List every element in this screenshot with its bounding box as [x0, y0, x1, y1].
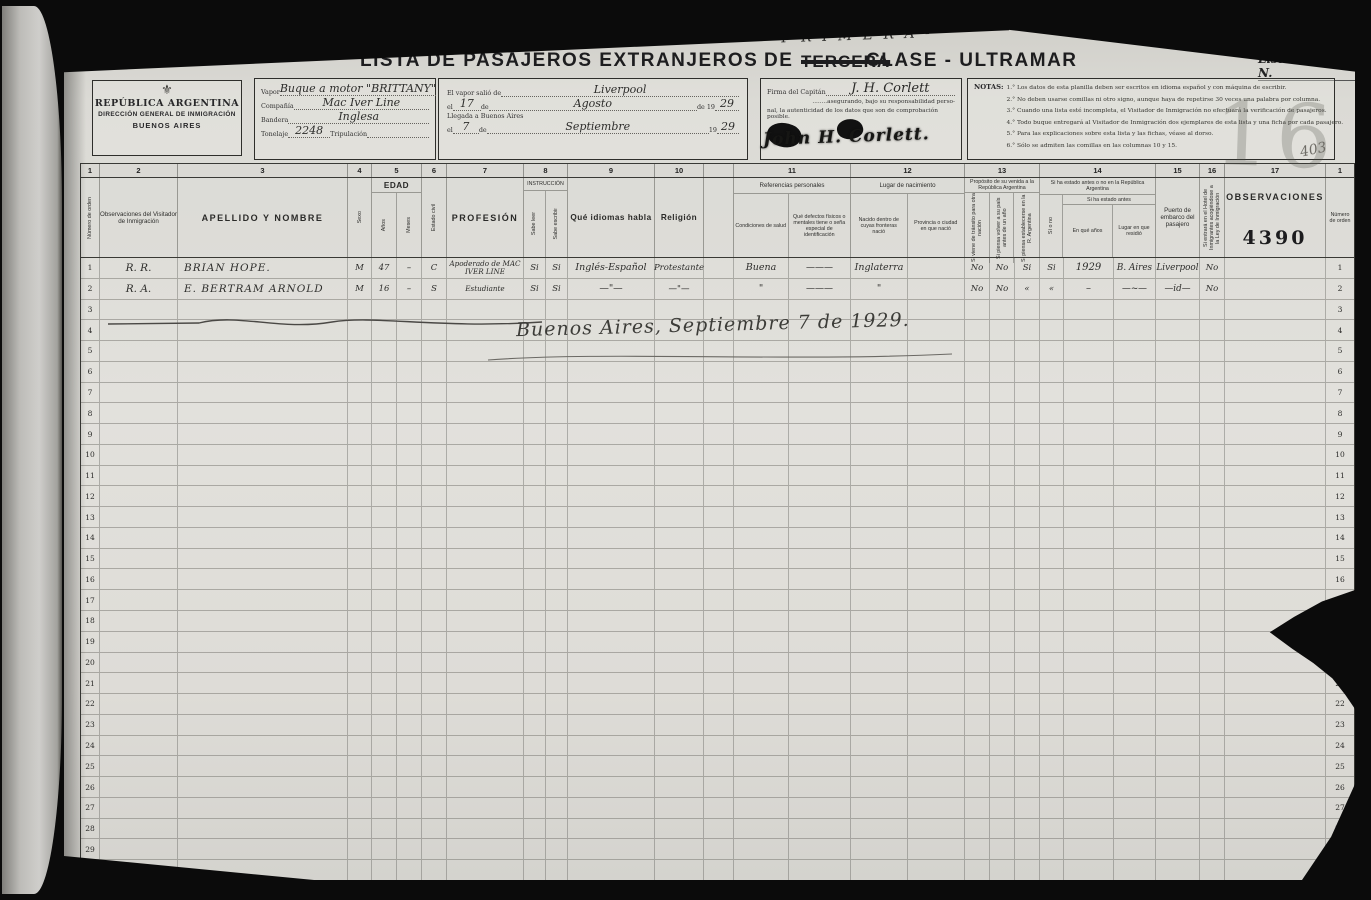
- cell-sex: [348, 839, 372, 859]
- row-number: 29: [81, 839, 100, 859]
- row-number: 10: [1326, 445, 1354, 465]
- cell-meses: [397, 590, 422, 610]
- cell-gap: [704, 694, 734, 714]
- cell-salud: [734, 590, 789, 610]
- cell-hotel: [1200, 819, 1225, 839]
- row-number: 21: [81, 673, 100, 693]
- argentina-crest-icon: ⚜: [93, 83, 241, 96]
- cell-estado: [422, 486, 447, 506]
- cell-gap: [704, 445, 734, 465]
- cell-anos: [372, 715, 397, 735]
- cell-salud: [734, 445, 789, 465]
- cell-puerto: [1156, 590, 1200, 610]
- cell-obs: [100, 424, 178, 444]
- cell-obs: [100, 673, 178, 693]
- cell-volver: [990, 736, 1015, 756]
- cell-enanos: –: [1064, 279, 1114, 299]
- cell-leer: [524, 653, 546, 673]
- cell-transito: [965, 715, 990, 735]
- cell-anos: [372, 673, 397, 693]
- cell-leer: [524, 403, 546, 423]
- cell-transito: [965, 528, 990, 548]
- cell-provincia: [908, 653, 965, 673]
- cell-nacido: [851, 507, 908, 527]
- cell-enanos: [1064, 549, 1114, 569]
- cell-sex: M: [348, 258, 372, 278]
- header-hotel: Si entrará en el Hotel de Inmigrantes ac…: [1200, 178, 1225, 257]
- cell-nacido: [851, 466, 908, 486]
- header-label: Estado civil: [431, 204, 437, 231]
- cell-religion: [655, 528, 704, 548]
- cell-puerto: [1156, 341, 1200, 361]
- cell-leer: Si: [524, 279, 546, 299]
- cell-transito: [965, 486, 990, 506]
- tonelaje-value: 2248: [288, 125, 330, 138]
- header-establecerse: Si piensa establecerse en la R. Argentin…: [1014, 193, 1039, 263]
- cell-escribir: [546, 486, 568, 506]
- header-label: Sabe leer: [531, 212, 537, 235]
- cell-escribir: [546, 736, 568, 756]
- cell-residio: [1114, 549, 1156, 569]
- cell-meses: [397, 424, 422, 444]
- cell-salud: ": [734, 279, 789, 299]
- cell-hotel: [1200, 445, 1225, 465]
- header-label: OBSERVACIONES: [1226, 192, 1324, 202]
- cell-idiomas: [568, 590, 655, 610]
- cell-hotel: No: [1200, 258, 1225, 278]
- cell-enanos: [1064, 486, 1114, 506]
- cell-estado: [422, 839, 447, 859]
- cell-transito: [965, 860, 990, 880]
- cell-volver: No: [990, 279, 1015, 299]
- cell-provincia: [908, 611, 965, 631]
- cell-estab: [1015, 736, 1040, 756]
- org-dept: DIRECCIÓN GENERAL DE INMIGRACIÓN: [93, 111, 241, 118]
- header-idiomas: Qué idiomas habla: [568, 178, 655, 257]
- cell-transito: [965, 590, 990, 610]
- table-row: 1515: [81, 549, 1354, 570]
- col-number: 9: [568, 164, 655, 177]
- cell-observ: [1225, 445, 1326, 465]
- cell-meses: [397, 569, 422, 589]
- cell-obs: [100, 445, 178, 465]
- cell-provincia: [908, 819, 965, 839]
- cell-religion: [655, 694, 704, 714]
- cell-nacido: [851, 777, 908, 797]
- row-number: 15: [81, 549, 100, 569]
- cell-prof: [447, 569, 524, 589]
- cell-salud: [734, 424, 789, 444]
- cell-hotel: [1200, 383, 1225, 403]
- cell-provincia: [908, 860, 965, 880]
- cell-transito: [965, 569, 990, 589]
- col-number: 13: [965, 164, 1040, 177]
- cell-obs: [100, 528, 178, 548]
- cell-meses: [397, 632, 422, 652]
- cell-enanos: [1064, 611, 1114, 631]
- cell-idiomas: [568, 611, 655, 631]
- col-number: 12: [851, 164, 965, 177]
- row-number: 4: [1326, 320, 1354, 340]
- cell-defectos: [789, 653, 851, 673]
- header-blank: [704, 178, 734, 257]
- cell-sex: [348, 715, 372, 735]
- header-num-orden: Número de orden: [81, 178, 100, 257]
- cell-puerto: [1156, 860, 1200, 880]
- cell-gap: [704, 860, 734, 880]
- col-number: 2: [100, 164, 178, 177]
- cell-defectos: [789, 403, 851, 423]
- cell-religion: [655, 549, 704, 569]
- cell-nacido: [851, 611, 908, 631]
- cell-enanos: [1064, 362, 1114, 382]
- cell-sex: [348, 569, 372, 589]
- cell-residio: [1114, 486, 1156, 506]
- col-number: 6: [422, 164, 447, 177]
- cell-observ: [1225, 403, 1326, 423]
- cell-transito: [965, 341, 990, 361]
- cell-observ: [1225, 839, 1326, 859]
- cell-defectos: [789, 756, 851, 776]
- cell-enanos: [1064, 424, 1114, 444]
- cell-hotel: [1200, 860, 1225, 880]
- cell-name: [178, 756, 348, 776]
- cell-gap: [704, 611, 734, 631]
- cell-anos: [372, 590, 397, 610]
- cell-salud: [734, 653, 789, 673]
- cell-escribir: [546, 819, 568, 839]
- row-number: 23: [1326, 715, 1354, 735]
- cell-religion: [655, 403, 704, 423]
- cell-observ: [1225, 590, 1326, 610]
- cell-name: [178, 736, 348, 756]
- cell-enanos: [1064, 320, 1114, 340]
- tripulacion-value: [367, 137, 429, 138]
- cell-meses: [397, 486, 422, 506]
- cell-anos: [372, 839, 397, 859]
- cell-transito: [965, 466, 990, 486]
- header-salud: Condiciones de salud: [734, 194, 789, 257]
- header-num-orden-right: Número de orden: [1326, 178, 1354, 257]
- cell-provincia: [908, 486, 965, 506]
- cell-sex: [348, 341, 372, 361]
- cell-nacido: [851, 403, 908, 423]
- cell-provincia: [908, 507, 965, 527]
- cell-estab: [1015, 756, 1040, 776]
- cell-salud: [734, 736, 789, 756]
- cell-volver: [990, 569, 1015, 589]
- table-row: 2828: [81, 819, 1354, 840]
- cell-obs: [100, 486, 178, 506]
- cell-gap: [704, 279, 734, 299]
- title-de: DE: [764, 50, 793, 72]
- cell-enanos: [1064, 569, 1114, 589]
- cell-estuvo: [1040, 756, 1064, 776]
- cell-puerto: [1156, 528, 1200, 548]
- row-number: 13: [1326, 507, 1354, 527]
- cell-salud: [734, 486, 789, 506]
- cell-defectos: [789, 839, 851, 859]
- cell-name: [178, 549, 348, 569]
- cell-provincia: [908, 466, 965, 486]
- cell-transito: [965, 632, 990, 652]
- cell-nacido: Inglaterra: [851, 258, 908, 278]
- cell-obs: [100, 466, 178, 486]
- salio-day: 17: [453, 98, 481, 111]
- row-number: 20: [81, 653, 100, 673]
- cell-nacido: [851, 569, 908, 589]
- cell-gap: [704, 736, 734, 756]
- cell-leer: [524, 756, 546, 776]
- cell-sex: [348, 445, 372, 465]
- cell-residio: [1114, 839, 1156, 859]
- cell-anos: [372, 632, 397, 652]
- de-label2: de: [479, 126, 487, 134]
- table-row: 1414: [81, 528, 1354, 549]
- cell-meses: [397, 341, 422, 361]
- cell-volver: [990, 673, 1015, 693]
- cell-puerto: [1156, 632, 1200, 652]
- cell-gap: [704, 403, 734, 423]
- org-city: BUENOS AIRES: [93, 121, 241, 130]
- row-number: 9: [81, 424, 100, 444]
- llegada-month: Septiembre: [487, 121, 709, 134]
- cell-meses: [397, 756, 422, 776]
- header-estado-antes: Si ha estado antes o no en la República …: [1040, 178, 1155, 195]
- col-number: 14: [1040, 164, 1156, 177]
- cell-estado: [422, 673, 447, 693]
- cell-estab: [1015, 819, 1040, 839]
- cell-volver: [990, 590, 1015, 610]
- passenger-table: 1 2 3 4 5 6 7 8 9 10 11 12 13 14 15 16 1…: [80, 163, 1355, 880]
- cell-residio: [1114, 715, 1156, 735]
- cell-estado: [422, 528, 447, 548]
- cell-transito: [965, 756, 990, 776]
- cell-religion: [655, 445, 704, 465]
- cell-anos: [372, 860, 397, 880]
- cell-anos: [372, 798, 397, 818]
- captain-line2: ........asegurando, bajo su responsabili…: [767, 99, 955, 105]
- cell-hotel: [1200, 798, 1225, 818]
- cell-escribir: [546, 549, 568, 569]
- cell-provincia: [908, 777, 965, 797]
- cell-defectos: [789, 466, 851, 486]
- cell-enanos: 1929: [1064, 258, 1114, 278]
- cell-prof: [447, 403, 524, 423]
- header-label: Si viene de tránsito para otra nación: [971, 193, 983, 263]
- cell-enanos: [1064, 756, 1114, 776]
- cell-volver: [990, 839, 1015, 859]
- cell-idiomas: [568, 839, 655, 859]
- cell-leer: [524, 445, 546, 465]
- cell-hotel: [1200, 486, 1225, 506]
- cell-estuvo: «: [1040, 279, 1064, 299]
- cell-residio: [1114, 507, 1156, 527]
- cell-salud: [734, 466, 789, 486]
- cell-observ: [1225, 320, 1326, 340]
- cell-puerto: [1156, 673, 1200, 693]
- cell-anos: [372, 403, 397, 423]
- cell-puerto: [1156, 715, 1200, 735]
- cell-defectos: [789, 383, 851, 403]
- captain-signature-1: J. H. Corlett: [826, 83, 955, 96]
- cell-defectos: [789, 694, 851, 714]
- header-apellido: APELLIDO Y NOMBRE: [178, 178, 348, 257]
- cell-estado: [422, 362, 447, 382]
- cell-enanos: [1064, 632, 1114, 652]
- cell-anos: [372, 486, 397, 506]
- cell-religion: [655, 653, 704, 673]
- cell-estuvo: [1040, 632, 1064, 652]
- cell-leer: [524, 528, 546, 548]
- cell-residio: [1114, 860, 1156, 880]
- firma-label: Firma del Capitán: [767, 88, 826, 96]
- cell-sex: [348, 507, 372, 527]
- ship-info-box: Vapor Buque a motor "BRITTANY" Compañía …: [254, 78, 436, 160]
- cell-salud: [734, 611, 789, 631]
- cell-prof: [447, 486, 524, 506]
- cell-sex: [348, 798, 372, 818]
- cell-escribir: [546, 653, 568, 673]
- cell-residio: [1114, 590, 1156, 610]
- cell-volver: [990, 694, 1015, 714]
- cell-estuvo: [1040, 320, 1064, 340]
- cell-enanos: [1064, 798, 1114, 818]
- cell-obs: [100, 632, 178, 652]
- cell-anos: [372, 819, 397, 839]
- cell-escribir: [546, 632, 568, 652]
- cell-gap: [704, 549, 734, 569]
- cell-estab: [1015, 300, 1040, 320]
- col-number: 3: [178, 164, 348, 177]
- cell-provincia: [908, 715, 965, 735]
- cell-estab: [1015, 362, 1040, 382]
- anno19-label: 19: [709, 126, 717, 134]
- header-volver: Si piensa volver a su país antes de un a…: [990, 193, 1015, 263]
- cell-residio: [1114, 341, 1156, 361]
- cell-provincia: [908, 694, 965, 714]
- cell-estab: [1015, 860, 1040, 880]
- cell-estab: [1015, 715, 1040, 735]
- cell-volver: [990, 383, 1015, 403]
- cell-defectos: [789, 798, 851, 818]
- cell-meses: [397, 362, 422, 382]
- col-number: [704, 164, 734, 177]
- cell-prof: [447, 839, 524, 859]
- cell-salud: [734, 860, 789, 880]
- cell-meses: [397, 819, 422, 839]
- cell-estuvo: [1040, 860, 1064, 880]
- cell-defectos: [789, 736, 851, 756]
- cell-prof: [447, 632, 524, 652]
- cell-residio: [1114, 424, 1156, 444]
- cell-estuvo: [1040, 507, 1064, 527]
- cell-anos: [372, 611, 397, 631]
- cell-estado: [422, 507, 447, 527]
- vapor-value: Buque a motor "BRITTANY": [280, 83, 436, 96]
- cell-enanos: [1064, 403, 1114, 423]
- cell-defectos: [789, 673, 851, 693]
- cell-enanos: [1064, 736, 1114, 756]
- cell-hotel: [1200, 528, 1225, 548]
- header-label: Años: [381, 219, 387, 231]
- header-profesion: PROFESIÓN: [447, 178, 524, 257]
- llegada-year: 29: [717, 121, 739, 134]
- cell-nacido: [851, 653, 908, 673]
- cell-transito: [965, 653, 990, 673]
- header-label: Número de orden: [87, 197, 93, 239]
- cell-obs: [100, 715, 178, 735]
- cell-defectos: [789, 611, 851, 631]
- cell-hotel: No: [1200, 279, 1225, 299]
- cell-anos: [372, 528, 397, 548]
- table-row: 1010: [81, 445, 1354, 466]
- cell-puerto: [1156, 549, 1200, 569]
- cell-prof: Apoderado de MAC IVER LINE: [447, 258, 524, 278]
- cell-observ: [1225, 486, 1326, 506]
- bandera-value: Inglesa: [288, 111, 429, 124]
- cell-observ: [1225, 279, 1326, 299]
- cell-observ: [1225, 798, 1326, 818]
- cell-meses: [397, 839, 422, 859]
- table-number-strip: 1 2 3 4 5 6 7 8 9 10 11 12 13 14 15 16 1…: [81, 164, 1354, 178]
- cell-hotel: [1200, 632, 1225, 652]
- cell-obs: R. R.: [100, 258, 178, 278]
- row-number: 14: [1326, 528, 1354, 548]
- cell-estuvo: [1040, 653, 1064, 673]
- cell-prof: [447, 715, 524, 735]
- cell-transito: [965, 798, 990, 818]
- header-defectos: Qué defectos físicos o mentales tiene o …: [789, 194, 850, 257]
- cell-escribir: [546, 673, 568, 693]
- cell-residio: [1114, 320, 1156, 340]
- cell-transito: [965, 611, 990, 631]
- cell-estado: [422, 756, 447, 776]
- cell-volver: [990, 860, 1015, 880]
- header-nacimiento-group: Lugar de nacimiento Nacido dentro de cuy…: [851, 178, 965, 257]
- col-number: 5: [372, 164, 422, 177]
- cell-leer: [524, 549, 546, 569]
- cell-provincia: [908, 528, 965, 548]
- cell-sex: [348, 403, 372, 423]
- cell-prof: [447, 445, 524, 465]
- cell-idiomas: [568, 694, 655, 714]
- cell-idiomas: [568, 424, 655, 444]
- cell-name: [178, 632, 348, 652]
- header-label: Sí o no: [1048, 217, 1054, 234]
- cell-provincia: [908, 403, 965, 423]
- header-provincia: Provincia o ciudad en que nació: [908, 194, 965, 257]
- salio-port: Liverpool: [501, 84, 739, 97]
- cell-idiomas: [568, 736, 655, 756]
- cell-prof: [447, 860, 524, 880]
- cell-escribir: [546, 590, 568, 610]
- cell-nacido: [851, 860, 908, 880]
- table-row: 1111: [81, 466, 1354, 487]
- cell-idiomas: [568, 653, 655, 673]
- cell-obs: [100, 694, 178, 714]
- cell-hotel: [1200, 466, 1225, 486]
- cell-estado: [422, 569, 447, 589]
- cell-escribir: [546, 860, 568, 880]
- cell-nacido: [851, 715, 908, 735]
- table-row: 2R. A.E. BERTRAM ARNOLDM16–SEstudianteSi…: [81, 279, 1354, 300]
- col-number: 10: [655, 164, 704, 177]
- row-number: 2: [1326, 279, 1354, 299]
- header-band: ⚜ REPÚBLICA ARGENTINA DIRECCIÓN GENERAL …: [64, 78, 1355, 162]
- cell-residio: B. Aires: [1114, 258, 1156, 278]
- cell-estado: [422, 715, 447, 735]
